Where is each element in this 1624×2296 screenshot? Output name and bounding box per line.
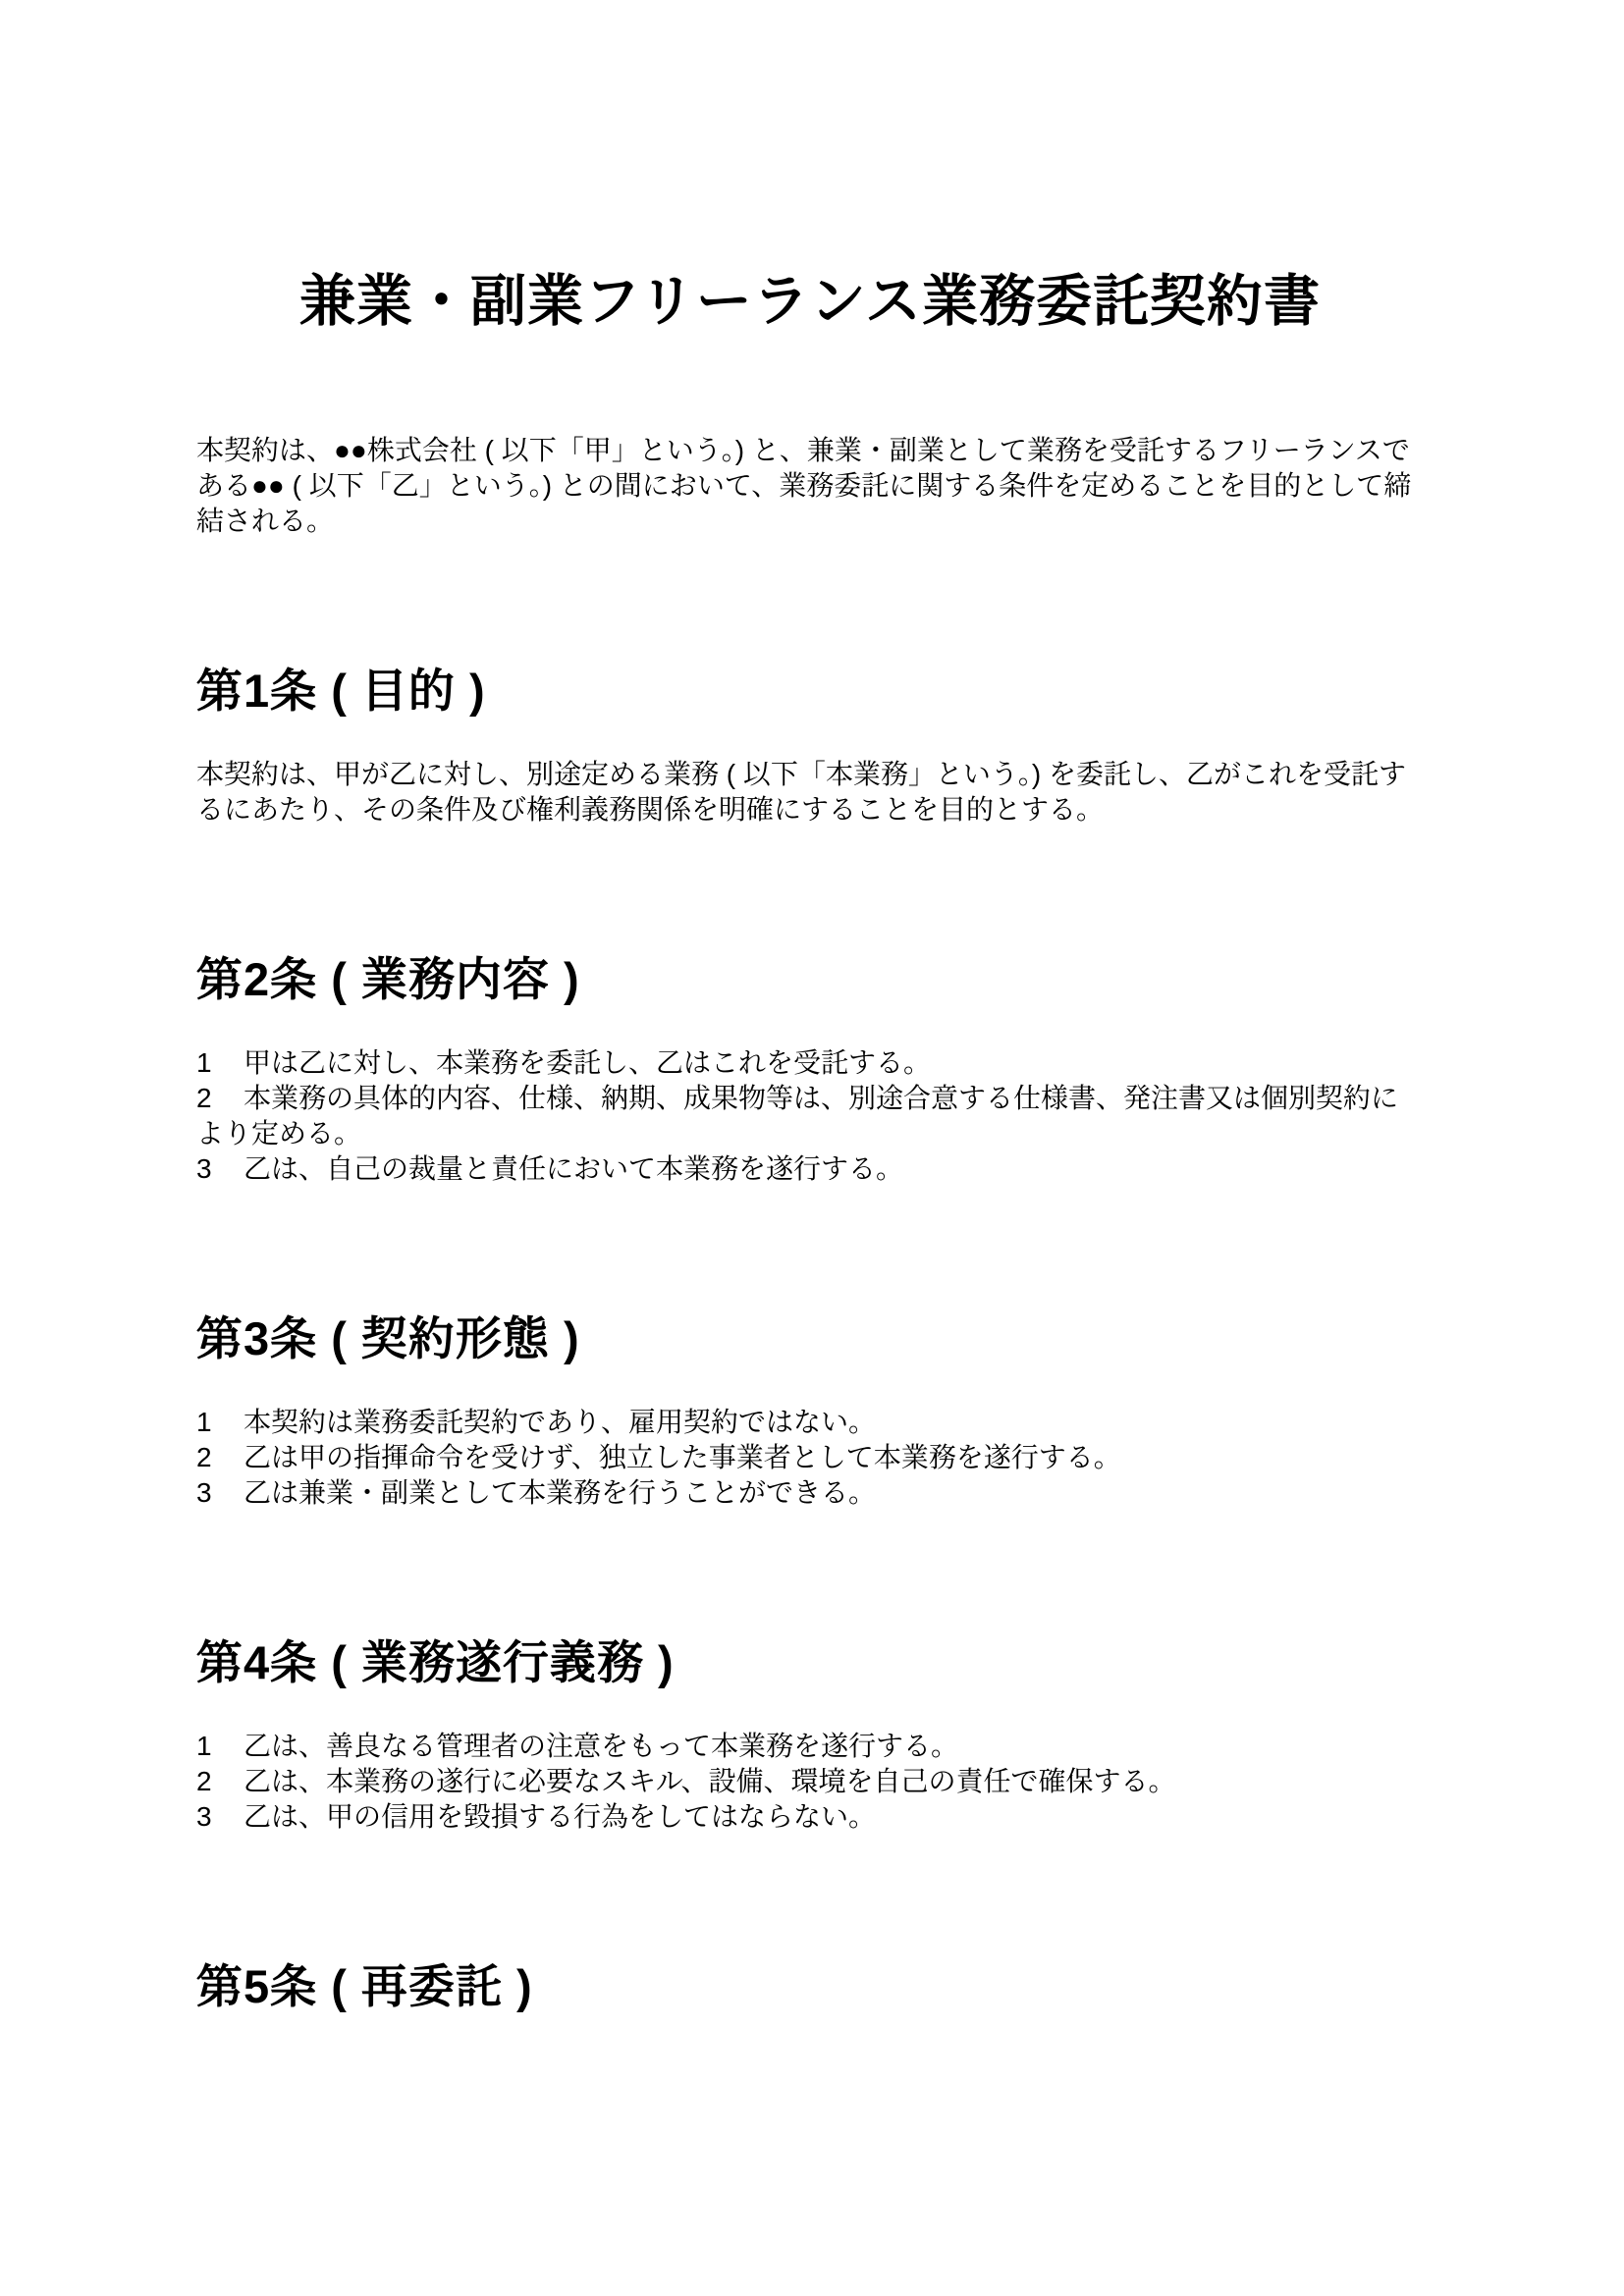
article-4-item-3: 3乙は、甲の信用を毀損する行為をしてはならない。	[196, 1799, 1424, 1835]
article-3-item-3: 3乙は兼業・副業として本業務を行うことができる。	[196, 1475, 1424, 1511]
item-text: 乙は、善良なる管理者の注意をもって本業務を遂行する。	[244, 1731, 958, 1761]
article-3-heading: 第3条 ( 契約形態 )	[196, 1310, 1424, 1367]
section-article-4: 第4条 ( 業務遂行義務 ) 1乙は、善良なる管理者の注意をもって本業務を遂行す…	[196, 1634, 1424, 1835]
article-4-heading: 第4条 ( 業務遂行義務 )	[196, 1634, 1424, 1691]
item-text: 乙は、甲の信用を毀損する行為をしてはならない。	[244, 1801, 876, 1832]
item-number: 1	[196, 1405, 244, 1440]
item-text: 乙は甲の指揮命令を受けず、独立した事業者として本業務を遂行する。	[244, 1442, 1121, 1472]
article-3-item-2: 2乙は甲の指揮命令を受けず、独立した事業者として本業務を遂行する。	[196, 1440, 1424, 1475]
article-4-item-1: 1乙は、善良なる管理者の注意をもって本業務を遂行する。	[196, 1729, 1424, 1764]
article-2-item-3: 3乙は、自己の裁量と責任において本業務を遂行する。	[196, 1151, 1424, 1187]
intro-paragraph: 本契約は、●●株式会社 ( 以下「甲」という。) と、兼業・副業として業務を受託…	[196, 433, 1424, 539]
item-text: 乙は、本業務の遂行に必要なスキル、設備、環境を自己の責任で確保する。	[244, 1766, 1175, 1796]
document-page: 兼業・副業フリーランス業務委託契約書 本契約は、●●株式会社 ( 以下「甲」とい…	[0, 0, 1624, 2296]
article-2-item-2: 2本業務の具体的内容、仕様、納期、成果物等は、別途合意する仕様書、発注書又は個別…	[196, 1081, 1424, 1151]
item-number: 2	[196, 1440, 244, 1475]
article-2-item-1: 1甲は乙に対し、本業務を委託し、乙はこれを受託する。	[196, 1045, 1424, 1081]
article-4-item-2: 2乙は、本業務の遂行に必要なスキル、設備、環境を自己の責任で確保する。	[196, 1764, 1424, 1799]
item-number: 2	[196, 1764, 244, 1799]
item-text: 甲は乙に対し、本業務を委託し、乙はこれを受託する。	[244, 1047, 931, 1078]
item-number: 1	[196, 1045, 244, 1081]
item-number: 2	[196, 1081, 244, 1116]
section-article-3: 第3条 ( 契約形態 ) 1本契約は業務委託契約であり、雇用契約ではない。 2乙…	[196, 1310, 1424, 1511]
article-2-heading: 第2条 ( 業務内容 )	[196, 951, 1424, 1008]
section-article-1: 第1条 ( 目的 ) 本契約は、甲が乙に対し、別途定める業務 ( 以下「本業務」…	[196, 663, 1424, 828]
item-text: 乙は、自己の裁量と責任において本業務を遂行する。	[244, 1153, 903, 1184]
article-1-body: 本契約は、甲が乙に対し、別途定める業務 ( 以下「本業務」という。) を委託し、…	[196, 757, 1424, 828]
item-text: 本契約は業務委託契約であり、雇用契約ではない。	[244, 1407, 876, 1437]
article-5-heading: 第5条 ( 再委託 )	[196, 1958, 1424, 2015]
item-text: 乙は兼業・副業として本業務を行うことができる。	[244, 1477, 876, 1508]
document-title: 兼業・副業フリーランス業務委託契約書	[196, 268, 1424, 335]
item-number: 3	[196, 1151, 244, 1187]
item-text: 本業務の具体的内容、仕様、納期、成果物等は、別途合意する仕様書、発注書又は個別契…	[196, 1083, 1398, 1148]
article-1-heading: 第1条 ( 目的 )	[196, 663, 1424, 720]
item-number: 1	[196, 1729, 244, 1764]
item-number: 3	[196, 1475, 244, 1511]
section-article-5: 第5条 ( 再委託 )	[196, 1958, 1424, 2015]
item-number: 3	[196, 1799, 244, 1835]
section-article-2: 第2条 ( 業務内容 ) 1甲は乙に対し、本業務を委託し、乙はこれを受託する。 …	[196, 951, 1424, 1187]
article-3-item-1: 1本契約は業務委託契約であり、雇用契約ではない。	[196, 1405, 1424, 1440]
